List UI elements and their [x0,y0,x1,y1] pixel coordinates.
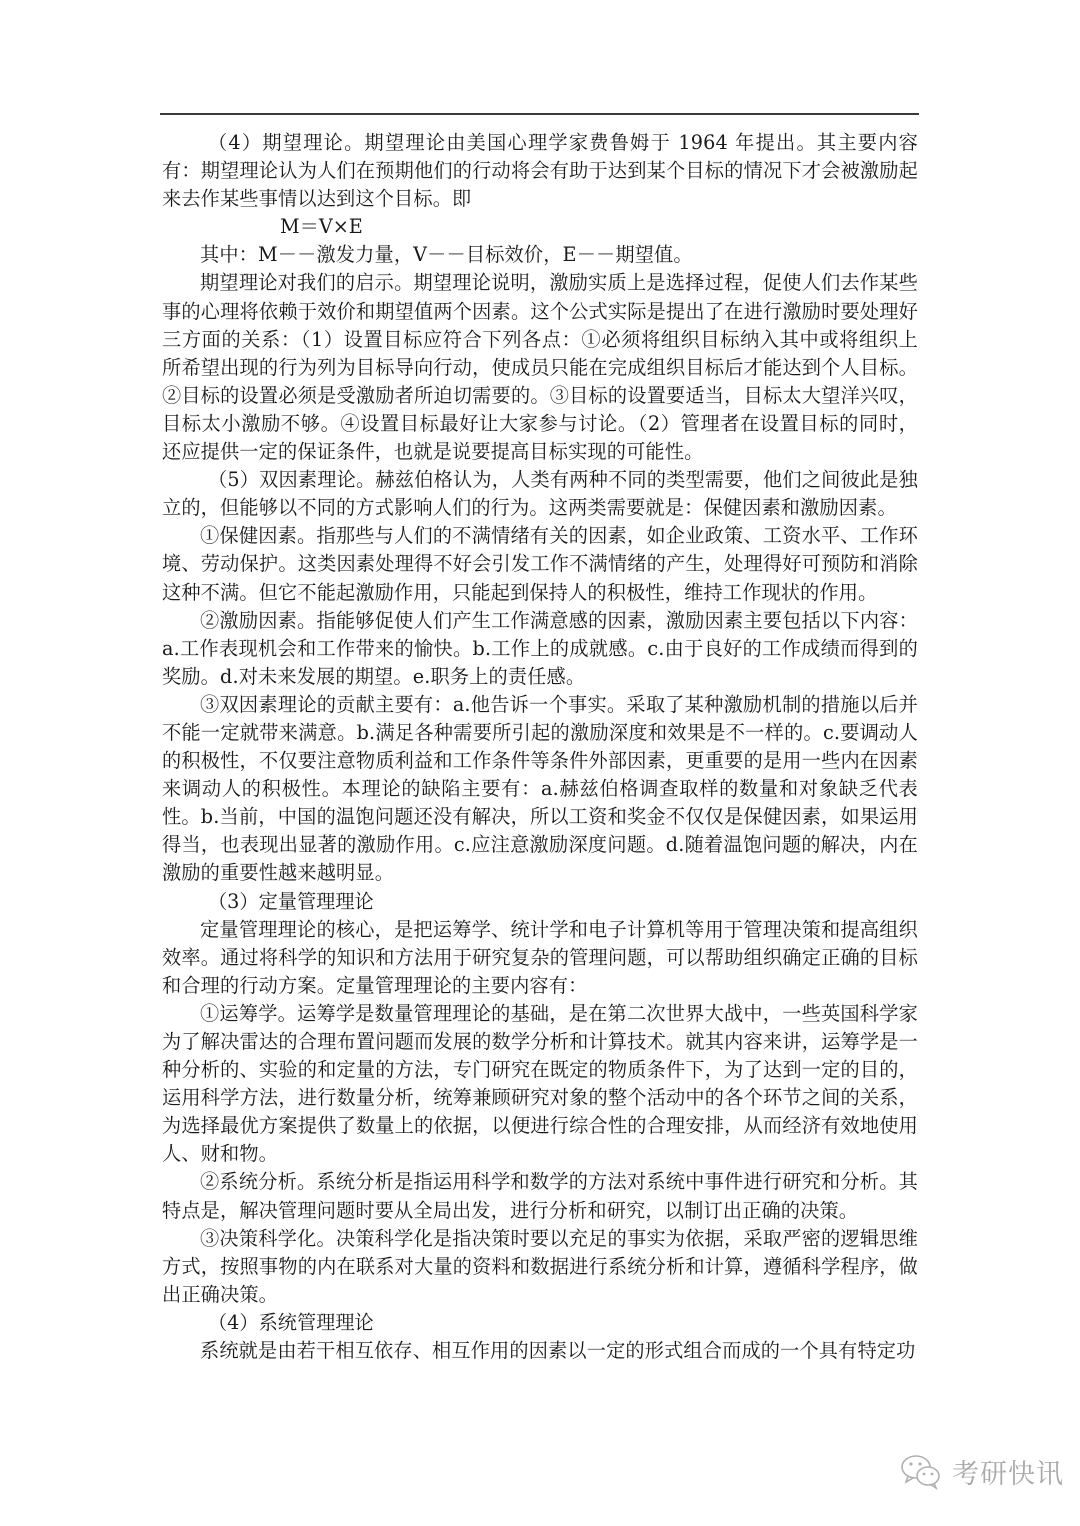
paragraph-operations-research: ①运筹学。运筹学是数量管理理论的基础，是在第二次世界大战中，一些英国科学家为了解… [162,1000,918,1169]
watermark: 考研快讯 [900,1452,1064,1491]
watermark-text: 考研快讯 [952,1452,1064,1491]
section-heading-quantitative-management: （3）定量管理理论 [162,888,918,916]
paragraph-motivating-factors: ②激励因素。指能够促使人们产生工作满意感的因素，激励因素主要包括以下内容：a.工… [162,607,918,691]
paragraph-systems-analysis: ②系统分析。系统分析是指运用科学和数学的方法对系统中事件进行研究和分析。其特点是… [162,1168,918,1224]
paragraph-scientific-decision: ③决策科学化。决策科学化是指决策时要以充足的事实为依据，采取严密的逻辑思维方式，… [162,1225,918,1309]
paragraph-expectancy-theory: （4）期望理论。期望理论由美国心理学家费鲁姆于 1964 年提出。其主要内容有：… [162,129,918,213]
paragraph-formula-legend: 其中：M－－激发力量，V－－目标效价，E－－期望值。 [162,241,918,269]
paragraph-system-definition: 系统就是由若干相互依存、相互作用的因素以一定的形式组合而成的一个具有特定功 [162,1337,918,1365]
document-body: （4）期望理论。期望理论由美国心理学家费鲁姆于 1964 年提出。其主要内容有：… [162,129,918,1365]
formula: M＝V×E [162,213,918,241]
paragraph-expectancy-implications: 期望理论对我们的启示。期望理论说明，激励实质上是选择过程，促使人们去作某些事的心… [162,269,918,466]
header-rule [160,113,919,115]
section-heading-systems-management: （4）系统管理理论 [162,1309,918,1337]
paragraph-two-factor-contributions: ③双因素理论的贡献主要有：a.他告诉一个事实。采取了某种激励机制的措施以后并不能… [162,691,918,888]
wechat-icon [900,1453,944,1491]
paragraph-quantitative-core: 定量管理理论的核心，是把运筹学、统计学和电子计算机等用于管理决策和提高组织效率。… [162,916,918,1000]
paragraph-hygiene-factors: ①保健因素。指那些与人们的不满情绪有关的因素，如企业政策、工资水平、工作环境、劳… [162,522,918,606]
paragraph-two-factor-theory: （5）双因素理论。赫兹伯格认为，人类有两种不同的类型需要，他们之间彼此是独立的，… [162,466,918,522]
